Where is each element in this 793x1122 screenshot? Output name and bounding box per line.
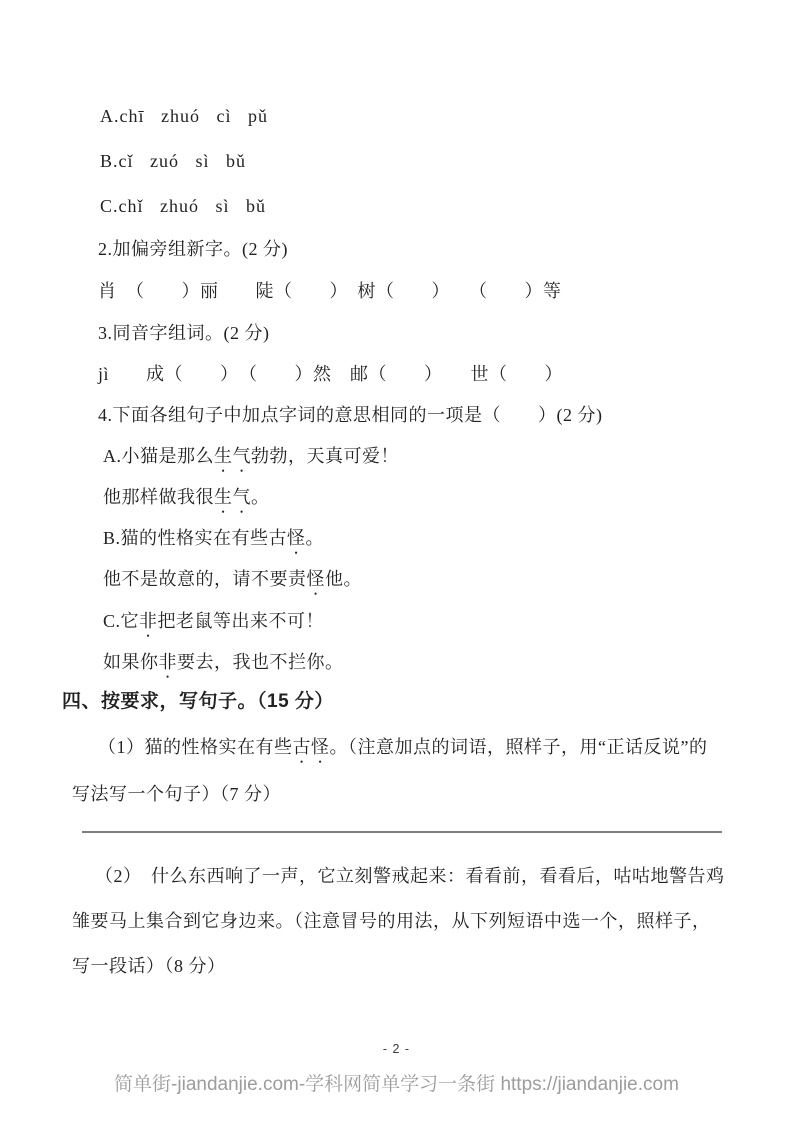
text-segment: 他那样做我很: [103, 487, 214, 507]
footer-site-line: 简单街-jiandanjie.com-学科网简单学习一条街 https://ji…: [0, 1069, 793, 1096]
text-segment: 如果你: [103, 652, 159, 672]
section-four-heading: 四、按要求，写句子。（15 分）: [62, 691, 334, 713]
q3-title: 3.同音字组词。(2 分): [98, 323, 270, 344]
section4-item2-line3: 写一段话）（8 分）: [72, 956, 226, 977]
q4-title: 4.下面各组句子中加点字词的意思相同的一项是（ ）(2 分): [98, 405, 603, 426]
q4-option-a-sentence2: 他那样做我很生气。: [103, 487, 270, 517]
q4-option-a-sentence1: A.小猫是那么生气勃勃，天真可爱！: [103, 446, 399, 476]
text-segment: B.猫的性格实在有些古: [103, 528, 287, 548]
q3-fill-blanks: jì 成（ ） （ ）然 邮（ ） 世（ ）: [98, 364, 563, 385]
emphasized-word: 怪: [307, 569, 326, 589]
text-segment: 他。: [325, 569, 362, 589]
section4-item1-line2: 写法写一个句子）（7 分）: [72, 784, 281, 805]
section4-item2-line1: （2） 什么东西响了一声，它立刻警戒起来：看看前，看看后，咕咕地警告鸡: [95, 866, 725, 887]
q2-fill-blanks: 肖 （ ）丽 陡（ ） 树（ ） （ ）等: [98, 281, 562, 302]
text-segment: （1）猫的性格实在有些: [98, 737, 293, 757]
text-segment: 他不是故意的，请不要责: [103, 569, 307, 589]
q4-option-c-sentence1: C.它非把老鼠等出来不可！: [103, 611, 324, 641]
emphasized-word: 生气: [214, 446, 251, 466]
text-segment: 。: [251, 487, 270, 507]
q4-option-b-sentence2: 他不是故意的，请不要责怪他。: [103, 569, 362, 599]
q1-option-b: B.cǐ zuó sì bǔ: [100, 151, 246, 172]
document-page: A.chī zhuó cì pǔ B.cǐ zuó sì bǔ C.chǐ zh…: [0, 0, 793, 1122]
page-number: - 2 -: [0, 1042, 793, 1056]
q2-title: 2.加偏旁组新字。(2 分): [98, 239, 288, 260]
answer-line: [82, 831, 722, 833]
emphasized-word: 怪: [287, 528, 306, 548]
q4-option-b-sentence1: B.猫的性格实在有些古怪。: [103, 528, 324, 558]
q1-option-c: C.chǐ zhuó sì bǔ: [100, 196, 266, 217]
q1-option-a: A.chī zhuó cì pǔ: [100, 106, 268, 127]
emphasized-word: 生气: [214, 487, 251, 507]
text-segment: 。: [306, 528, 325, 548]
q4-option-c-sentence2: 如果你非要去，我也不拦你。: [103, 652, 344, 682]
text-segment: 勃勃，天真可爱！: [251, 446, 399, 466]
text-segment: 把老鼠等出来不可！: [158, 611, 325, 631]
text-segment: C.它: [103, 611, 139, 631]
text-segment: 要去，我也不拦你。: [177, 652, 344, 672]
emphasized-word: 非: [159, 652, 178, 672]
text-segment: 。（注意加点的词语，照样子，用“正话反说”的: [330, 737, 708, 757]
emphasized-word: 古怪: [293, 737, 330, 757]
text-segment: A.小猫是那么: [103, 446, 214, 466]
emphasized-word: 非: [139, 611, 158, 631]
section4-item2-line2: 雏要马上集合到它身边来。（注意冒号的用法，从下列短语中选一个，照样子，: [72, 911, 711, 932]
section4-item1-line1: （1）猫的性格实在有些古怪。（注意加点的词语，照样子，用“正话反说”的: [98, 737, 707, 767]
